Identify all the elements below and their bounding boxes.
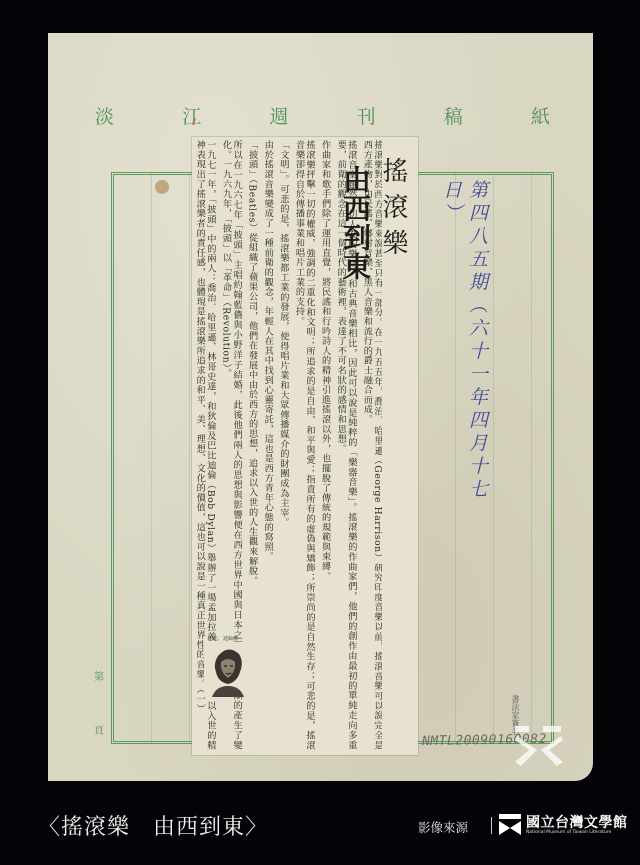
- portrait-sketch-icon: [204, 642, 252, 697]
- museum-logo-icon: [499, 814, 521, 836]
- headline-main: 搖滾樂: [375, 157, 412, 281]
- paper-stain: [155, 180, 169, 194]
- handwritten-issue-note: 第四八五期（六十一年四月十七日）: [462, 180, 490, 510]
- caption-divider: [491, 817, 492, 834]
- manuscript-header: 淡 江 週 刊 稿 紙: [95, 100, 550, 130]
- caption-title: 〈搖滾樂 由西到東〉: [38, 810, 268, 841]
- museum-name-zh: 國立台灣文學館: [526, 812, 628, 832]
- image-source-label: 影像來源: [418, 818, 468, 836]
- header-char: 紙: [531, 102, 550, 129]
- clipping-paragraph: 由於搖滾音樂變成了一種前衛的觀念，年輕人在其中找到心靈寄託，這也是西方青年心態的…: [262, 140, 273, 750]
- museum-watermark-icon: [513, 722, 565, 770]
- header-char: 週: [269, 102, 288, 129]
- clipping-paragraph: 搖滾樂抨擊一切的權威，強調的二重化和文明；所追求的是自由、和平與愛；指責所有的虛…: [293, 140, 314, 750]
- headline-sub: 由西到東: [335, 165, 375, 281]
- header-char: 淡: [95, 102, 114, 129]
- page-suffix-mark: 頁: [94, 722, 104, 737]
- clipping-headline: 搖滾樂 由西到東: [378, 157, 412, 281]
- header-char: 稿: [444, 102, 463, 129]
- header-char: 刊: [357, 102, 376, 129]
- newspaper-clipping: 搖滾樂對於西方音樂來說甚至只有一部分。在一九五五年，喬治．哈里遜（George …: [192, 137, 418, 755]
- clipping-paragraph: 作曲家和歌手們除了運用直覺，將民謠和行吟詩人的精神引進搖滾以外，也擺脫了傳統的規…: [319, 140, 330, 750]
- page-prefix-mark: 第: [94, 668, 104, 683]
- portrait-caption: 巴比．迪倫像: [208, 635, 238, 642]
- clipping-paragraph: 「文明」。可悲的是，搖滾樂都工業的發展，使得唱片業和大眾傳播媒介的財團成為主宰。: [277, 140, 288, 750]
- museum-name-en: National Museum of Taiwan Literature: [526, 830, 611, 835]
